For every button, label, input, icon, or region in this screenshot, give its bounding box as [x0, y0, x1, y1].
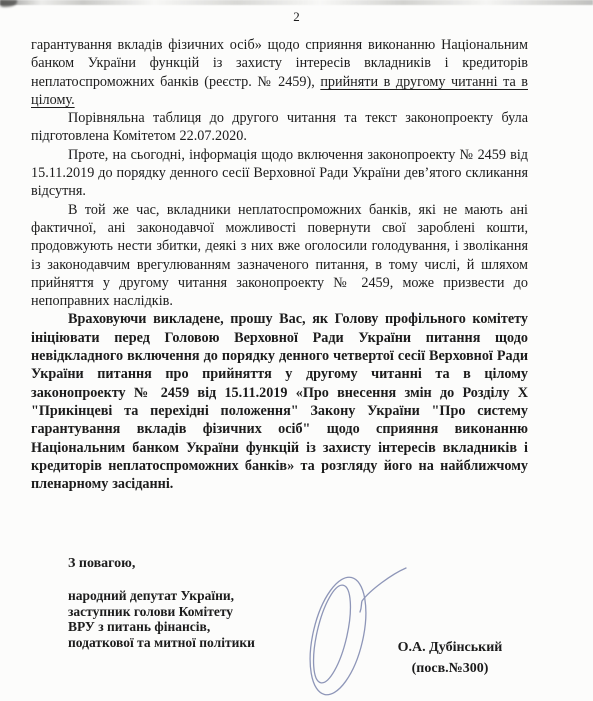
signature-inner-loop [306, 582, 358, 686]
role-line: народний депутат України, [68, 588, 255, 604]
scan-artifact-corner [0, 0, 17, 7]
signatory-name: О.А. Дубінський [388, 637, 512, 658]
signatory-name-block: О.А. Дубінський (посв.№300) [388, 637, 512, 679]
paragraph-bold-request: Враховуючи викладене, прошу Вас, як Голо… [31, 310, 528, 493]
signatory-role-block: народний депутат України, заступник голо… [68, 588, 255, 651]
paragraph: В той же час, вкладники неплатоспроможни… [31, 201, 528, 311]
scanned-document-page: 2 гарантування вкладів фізичних осіб» що… [0, 0, 593, 701]
paragraph: гарантування вкладів фізичних осіб» щодо… [31, 36, 528, 109]
paragraph: Проте, на сьогодні, інформація щодо вклю… [31, 146, 528, 201]
signature-outer-loop [300, 572, 376, 696]
closing-salutation: З повагою, [68, 556, 135, 572]
signature-tail-stroke [360, 568, 406, 612]
paragraph: Порівняльна таблиця до другого читання т… [31, 109, 528, 146]
role-line: податкової та митної політики [68, 635, 255, 651]
role-line: ВРУ з питань фінансів, [68, 619, 255, 635]
role-line: заступник голови Комітету [68, 604, 255, 620]
scan-artifact-top-edge [0, 0, 593, 5]
signatory-credential: (посв.№300) [388, 658, 512, 679]
document-body: гарантування вкладів фізичних осіб» щодо… [31, 36, 528, 493]
page-number: 2 [0, 9, 593, 25]
